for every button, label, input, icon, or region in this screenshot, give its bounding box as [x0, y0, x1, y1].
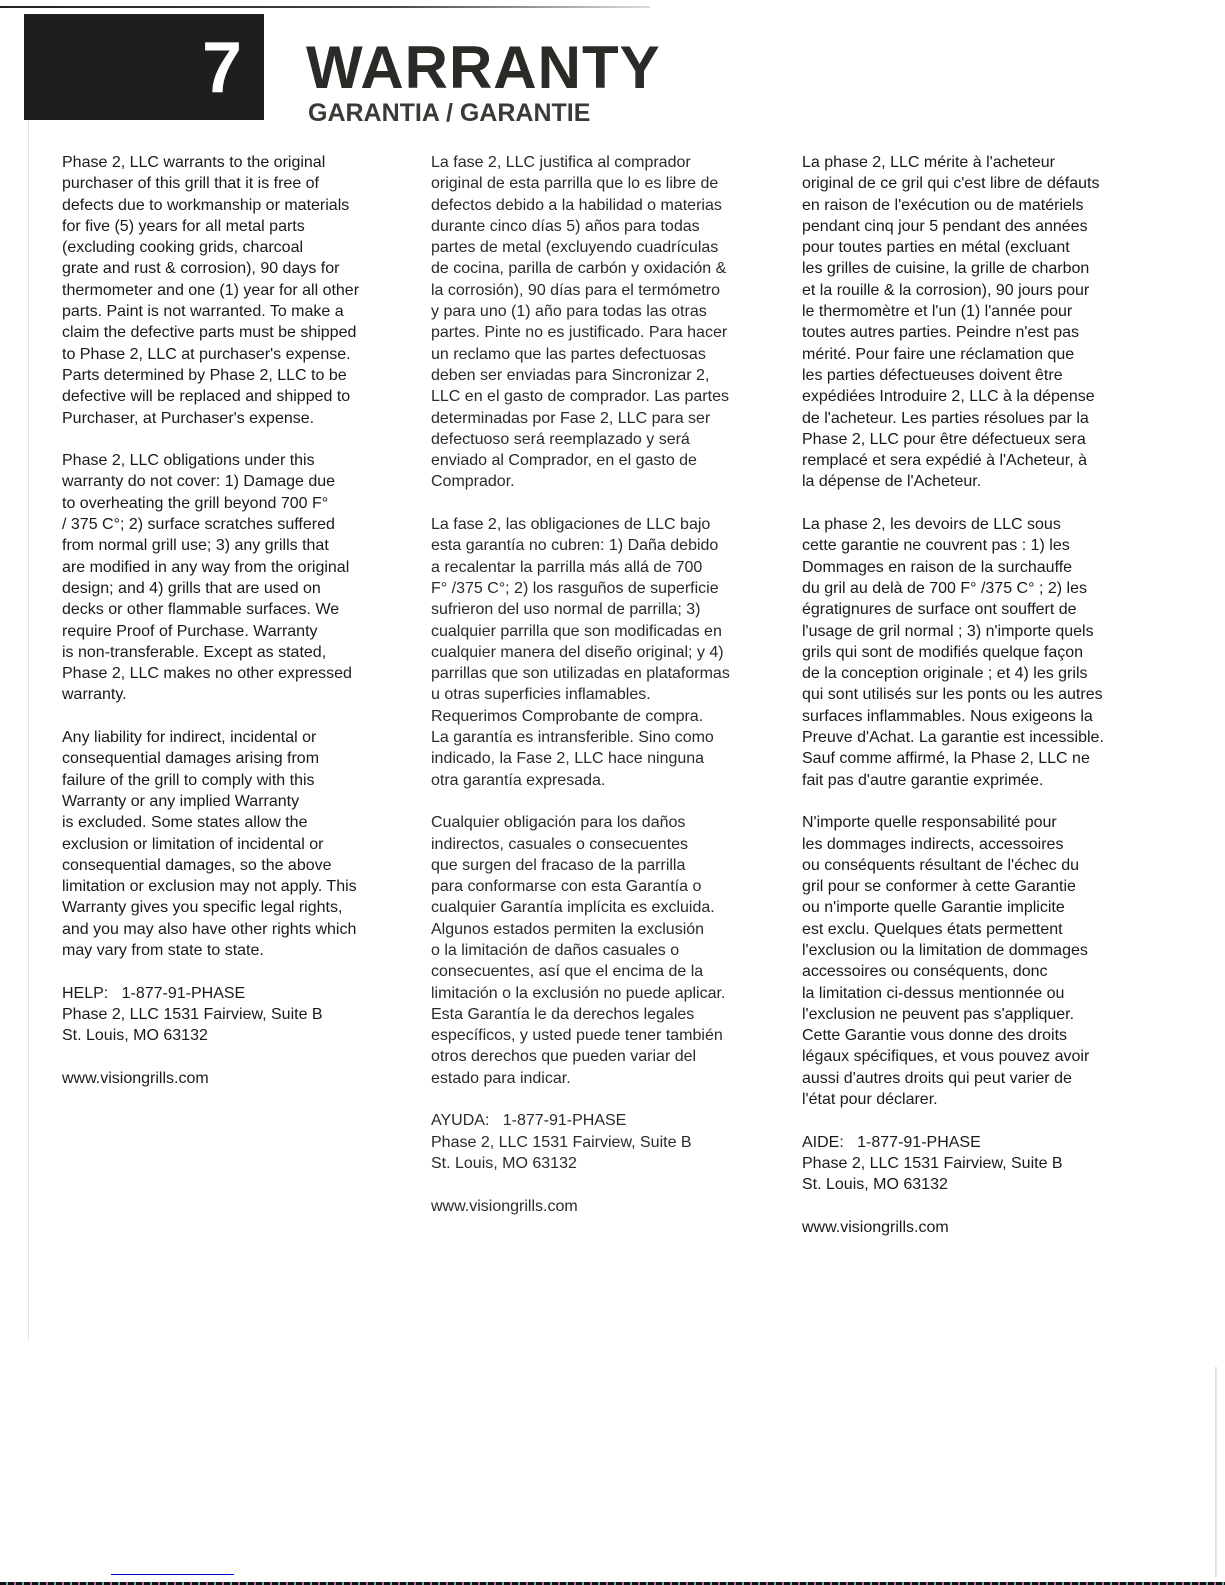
help-label: AIDE:: [802, 1134, 844, 1151]
help-phone: 1-877-91-PHASE: [503, 1112, 627, 1129]
warranty-coverage-paragraph: La fase 2, LLC justifica al comprador or…: [431, 152, 776, 493]
contact-block: AIDE: 1-877-91-PHASE Phase 2, LLC 1531 F…: [802, 1132, 1147, 1196]
address-line-2: St. Louis, MO 63132: [802, 1174, 1147, 1195]
address-line-1: Phase 2, LLC 1531 Fairview, Suite B: [431, 1132, 776, 1153]
warranty-exclusions-paragraph: La fase 2, las obligaciones de LLC bajo …: [431, 514, 776, 791]
chapter-number: 7: [202, 20, 242, 116]
website-link: www.visiongrills.com: [802, 1217, 1147, 1238]
warranty-coverage-paragraph: La phase 2, LLC mérite à l'acheteur orig…: [802, 152, 1147, 493]
help-line: HELP: 1-877-91-PHASE: [62, 983, 402, 1004]
liability-paragraph: Any liability for indirect, incidental o…: [62, 727, 402, 961]
english-column: Phase 2, LLC warrants to the original pu…: [62, 152, 402, 1089]
scan-edge-shadow: [1215, 1367, 1218, 1577]
scan-artifact-line: [111, 1574, 234, 1575]
address-line-1: Phase 2, LLC 1531 Fairview, Suite B: [62, 1004, 402, 1025]
contact-block: AYUDA: 1-877-91-PHASE Phase 2, LLC 1531 …: [431, 1110, 776, 1174]
warranty-exclusions-paragraph: La phase 2, les devoirs de LLC sous cett…: [802, 514, 1147, 791]
website-link: www.visiongrills.com: [431, 1196, 776, 1217]
chapter-number-box: 7: [24, 14, 264, 120]
warranty-coverage-paragraph: Phase 2, LLC warrants to the original pu…: [62, 152, 402, 429]
help-label: HELP:: [62, 985, 108, 1002]
liability-paragraph: Cualquier obligación para los daños indi…: [431, 812, 776, 1089]
liability-paragraph: N'importe quelle responsabilité pour les…: [802, 812, 1147, 1110]
help-phone: 1-877-91-PHASE: [857, 1134, 981, 1151]
help-label: AYUDA:: [431, 1112, 489, 1129]
address-line-2: St. Louis, MO 63132: [62, 1025, 402, 1046]
website-link: www.visiongrills.com: [62, 1068, 402, 1089]
help-line: AIDE: 1-877-91-PHASE: [802, 1132, 1147, 1153]
page-edge-line: [28, 20, 29, 1340]
help-line: AYUDA: 1-877-91-PHASE: [431, 1110, 776, 1131]
help-phone: 1-877-91-PHASE: [122, 985, 246, 1002]
warranty-exclusions-paragraph: Phase 2, LLC obligations under this warr…: [62, 450, 402, 706]
address-line-2: St. Louis, MO 63132: [431, 1153, 776, 1174]
page-subtitle: GARANTIA / GARANTIE: [308, 98, 590, 128]
top-rule: [0, 6, 650, 8]
contact-block: HELP: 1-877-91-PHASE Phase 2, LLC 1531 F…: [62, 983, 402, 1047]
spanish-column: La fase 2, LLC justifica al comprador or…: [431, 152, 776, 1217]
address-line-1: Phase 2, LLC 1531 Fairview, Suite B: [802, 1153, 1147, 1174]
page-title: WARRANTY: [306, 36, 661, 100]
french-column: La phase 2, LLC mérite à l'acheteur orig…: [802, 152, 1147, 1238]
